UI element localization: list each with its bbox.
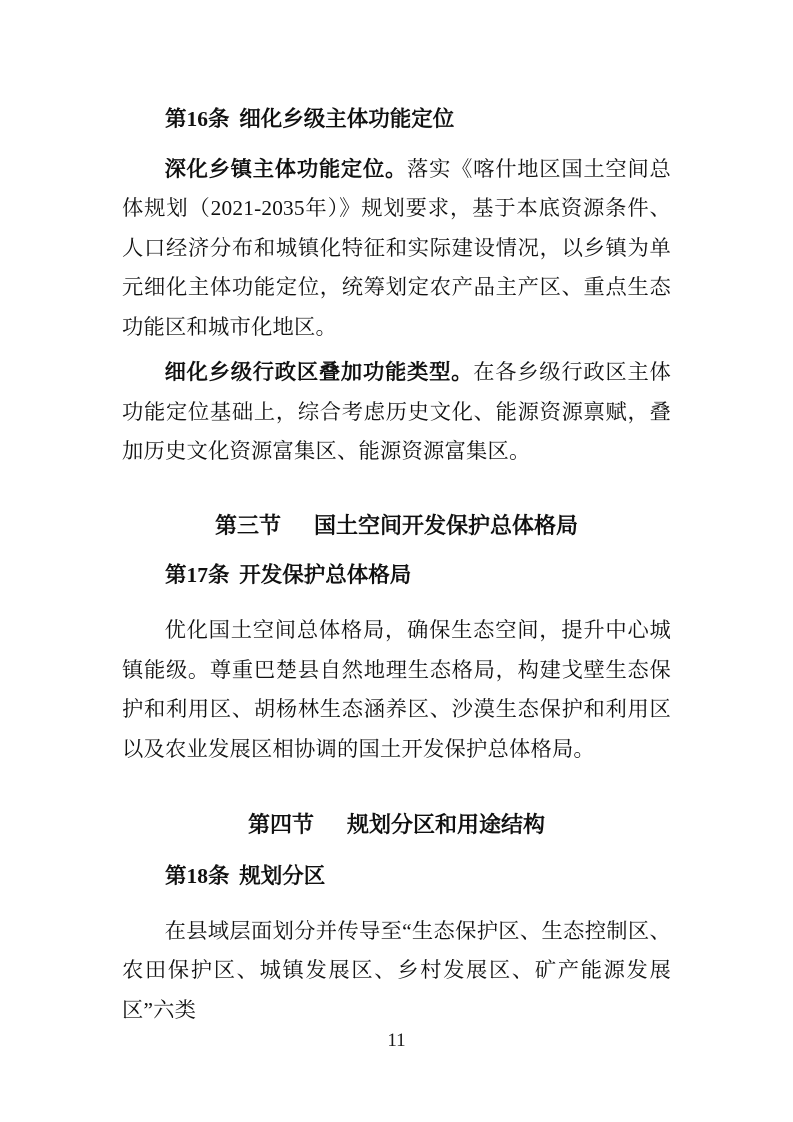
section-heading-3: 第三节国土空间开发保护总体格局 [122,506,671,546]
section-title: 规划分区和用途结构 [347,812,545,837]
document-body: 第16条细化乡级主体功能定位 深化乡镇主体功能定位。落实《喀什地区国土空间总体规… [0,0,793,1030]
section-title: 国土空间开发保护总体格局 [314,513,578,538]
section-number: 第四节 [248,812,314,837]
article-heading-18: 第18条规划分区 [122,857,671,897]
page-number: 11 [0,1030,793,1052]
article-title: 规划分区 [239,864,325,888]
paragraph-text: 落实《喀什地区国土空间总体规划（2021-2035年）》规划要求，基于本底资源条… [122,157,671,339]
article-heading-16: 第16条细化乡级主体功能定位 [122,100,671,140]
section-number: 第三节 [215,513,281,538]
section-heading-4: 第四节规划分区和用途结构 [122,805,671,845]
article-number: 第16条 [165,107,230,131]
paragraph-text: 在县域层面划分并传导至“生态保护区、生态控制区、农田保护区、城镇发展区、乡村发展… [122,919,671,1022]
paragraph-planning-zones: 在县域层面划分并传导至“生态保护区、生态控制区、农田保护区、城镇发展区、乡村发展… [122,912,671,1031]
paragraph-functional-positioning: 深化乡镇主体功能定位。落实《喀什地区国土空间总体规划（2021-2035年）》规… [122,150,671,348]
document-page: 第16条细化乡级主体功能定位 深化乡镇主体功能定位。落实《喀什地区国土空间总体规… [0,0,793,1122]
article-number: 第18条 [165,864,230,888]
article-title: 开发保护总体格局 [239,563,411,587]
paragraph-overlay-function-types: 细化乡级行政区叠加功能类型。在各乡级行政区主体功能定位基础上，综合考虑历史文化、… [122,353,671,472]
article-heading-17: 第17条开发保护总体格局 [122,556,671,596]
article-number: 第17条 [165,563,230,587]
paragraph-overall-pattern: 优化国土空间总体格局，确保生态空间，提升中心城镇能级。尊重巴楚县自然地理生态格局… [122,611,671,769]
paragraph-text: 优化国土空间总体格局，确保生态空间，提升中心城镇能级。尊重巴楚县自然地理生态格局… [122,618,671,761]
article-title: 细化乡级主体功能定位 [239,107,454,131]
paragraph-lead: 细化乡级行政区叠加功能类型。 [165,360,474,384]
paragraph-lead: 深化乡镇主体功能定位。 [165,157,407,181]
